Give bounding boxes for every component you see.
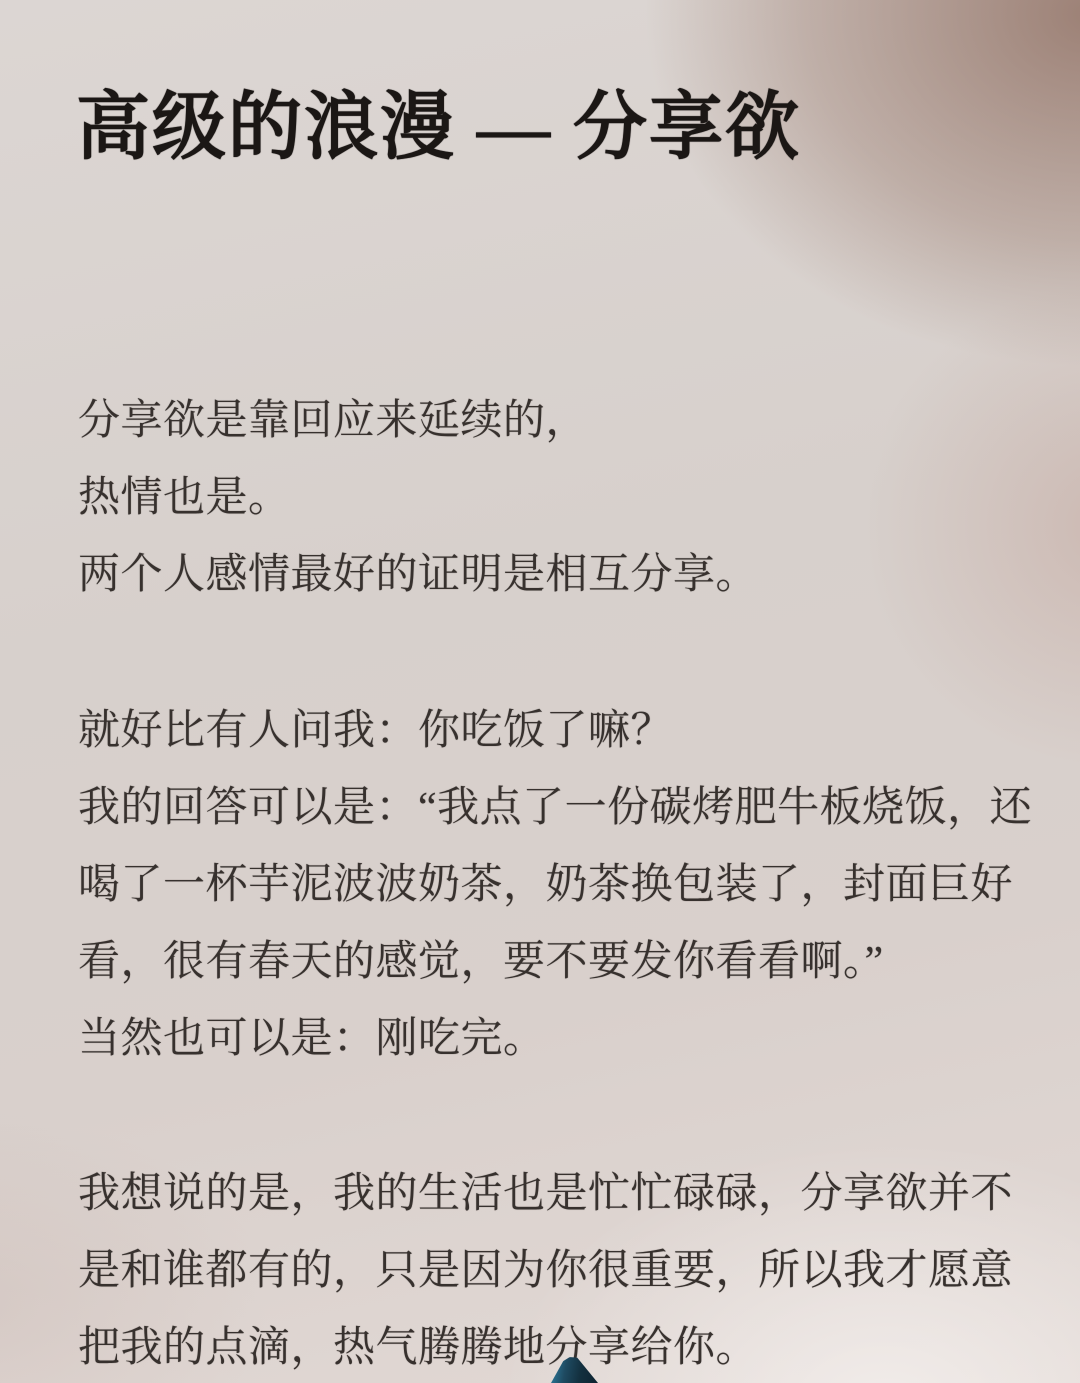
page-title: 高级的浪漫 — 分享欲 [76, 86, 801, 172]
text-line: 热情也是。 [78, 460, 1038, 537]
text-line: 就好比有人问我：你吃饭了嘛？ [78, 693, 1038, 770]
text-line: 喝了一杯芋泥波波奶茶，奶茶换包装了，封面巨好 [78, 847, 1038, 924]
paragraph-1: 分享欲是靠回应来延续的， 热情也是。 两个人感情最好的证明是相互分享。 [78, 383, 1038, 614]
text-line: 是和谁都有的，只是因为你很重要，所以我才愿意 [78, 1233, 1038, 1310]
paragraph-2: 就好比有人问我：你吃饭了嘛？ 我的回答可以是：“我点了一份碳烤肥牛板烧饭，还 喝… [78, 693, 1038, 1078]
paragraph-3: 我想说的是，我的生活也是忙忙碌碌，分享欲并不 是和谁都有的，只是因为你很重要，所… [78, 1156, 1038, 1383]
text-line: 看，很有春天的感觉，要不要发你看看啊。” [78, 924, 1038, 1001]
text-line: 我想说的是，我的生活也是忙忙碌碌，分享欲并不 [78, 1156, 1038, 1233]
text-line: 两个人感情最好的证明是相互分享。 [78, 537, 1038, 614]
text-line: 分享欲是靠回应来延续的， [78, 383, 1038, 460]
text-line: 当然也可以是：刚吃完。 [78, 1001, 1038, 1078]
photographed-text-page: 高级的浪漫 — 分享欲 分享欲是靠回应来延续的， 热情也是。 两个人感情最好的证… [0, 0, 1080, 1383]
text-line: 我的回答可以是：“我点了一份碳烤肥牛板烧饭，还 [78, 770, 1038, 847]
